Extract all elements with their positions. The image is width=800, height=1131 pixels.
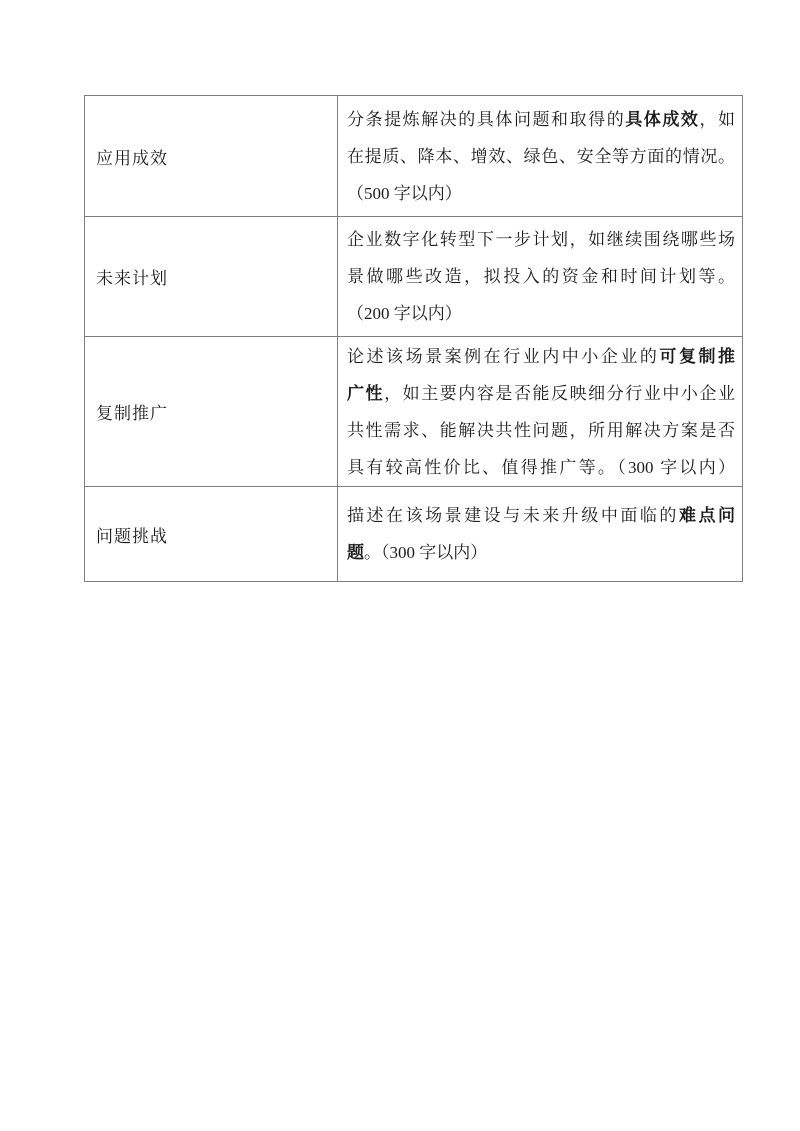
table-row-application-results: 应用成效 分条提炼解决的具体问题和取得的具体成效，如 在提质、降本、增效、绿色、… — [85, 96, 743, 217]
text-line: 分条提炼解决的具体问题和取得的具体成效，如 — [347, 101, 735, 138]
text-line: 共性需求、能解决共性问题，所用解决方案是否 — [347, 412, 735, 449]
table-row-problems-challenges: 问题挑战 描述在该场景建设与未来升级中面临的难点问 题。（300 字以内） — [85, 487, 743, 582]
text-segment: 描述在该场景建设与未来升级中面临的 — [347, 506, 679, 525]
text-segment: 共性需求、能解决共性问题，所用解决方案是否 — [347, 421, 735, 440]
table-row-replication-promotion: 复制推广 论述该场景案例在行业内中小企业的可复制推 广性，如主要内容是否能反映细… — [85, 337, 743, 487]
text-segment: ，如 — [699, 110, 735, 129]
text-line: 广性，如主要内容是否能反映细分行业中小企业 — [347, 375, 735, 412]
text-line: 题。（300 字以内） — [347, 534, 735, 571]
text-line: （500 字以内） — [347, 175, 735, 212]
text-line: 具有较高性价比、值得推广等。（300 字以内） — [347, 449, 735, 486]
text-line: 描述在该场景建设与未来升级中面临的难点问 — [347, 497, 735, 534]
row-label: 应用成效 — [85, 96, 338, 217]
text-segment-bold: 具体成效 — [625, 110, 699, 129]
text-segment: 具有较高性价比、值得推广等。（300 字以内） — [347, 458, 735, 477]
text-line: 论述该场景案例在行业内中小企业的可复制推 — [347, 338, 735, 375]
text-line: 在提质、降本、增效、绿色、安全等方面的情况。 — [347, 138, 735, 175]
text-segment: 论述该场景案例在行业内中小企业的 — [347, 347, 659, 366]
row-label: 未来计划 — [85, 217, 338, 337]
text-segment-bold: 广性 — [347, 384, 384, 403]
document-page: 应用成效 分条提炼解决的具体问题和取得的具体成效，如 在提质、降本、增效、绿色、… — [0, 0, 800, 1131]
row-label: 问题挑战 — [85, 487, 338, 582]
row-content: 分条提炼解决的具体问题和取得的具体成效，如 在提质、降本、增效、绿色、安全等方面… — [338, 96, 743, 217]
row-content: 企业数字化转型下一步计划，如继续围绕哪些场 景做哪些改造，拟投入的资金和时间计划… — [338, 217, 743, 337]
text-segment: （500 字以内） — [347, 184, 462, 203]
text-segment: ，如主要内容是否能反映细分行业中小企业 — [384, 384, 735, 403]
text-line: 景做哪些改造，拟投入的资金和时间计划等。 — [347, 258, 735, 295]
requirements-table: 应用成效 分条提炼解决的具体问题和取得的具体成效，如 在提质、降本、增效、绿色、… — [84, 95, 743, 582]
text-segment-bold: 题 — [347, 543, 364, 562]
text-segment: 企业数字化转型下一步计划，如继续围绕哪些场 — [347, 230, 735, 249]
text-line: 企业数字化转型下一步计划，如继续围绕哪些场 — [347, 221, 735, 258]
text-line: （200 字以内） — [347, 295, 735, 332]
text-segment: （200 字以内） — [347, 304, 462, 323]
row-label: 复制推广 — [85, 337, 338, 487]
row-content: 论述该场景案例在行业内中小企业的可复制推 广性，如主要内容是否能反映细分行业中小… — [338, 337, 743, 487]
table-row-future-plan: 未来计划 企业数字化转型下一步计划，如继续围绕哪些场 景做哪些改造，拟投入的资金… — [85, 217, 743, 337]
text-segment: 在提质、降本、增效、绿色、安全等方面的情况。 — [347, 147, 735, 166]
text-segment: 景做哪些改造，拟投入的资金和时间计划等。 — [347, 267, 735, 286]
text-segment-bold: 可复制推 — [659, 347, 735, 366]
text-segment: 分条提炼解决的具体问题和取得的 — [347, 110, 625, 129]
text-segment-bold: 难点问 — [679, 506, 735, 525]
row-content: 描述在该场景建设与未来升级中面临的难点问 题。（300 字以内） — [338, 487, 743, 582]
text-segment: 。（300 字以内） — [364, 543, 487, 562]
